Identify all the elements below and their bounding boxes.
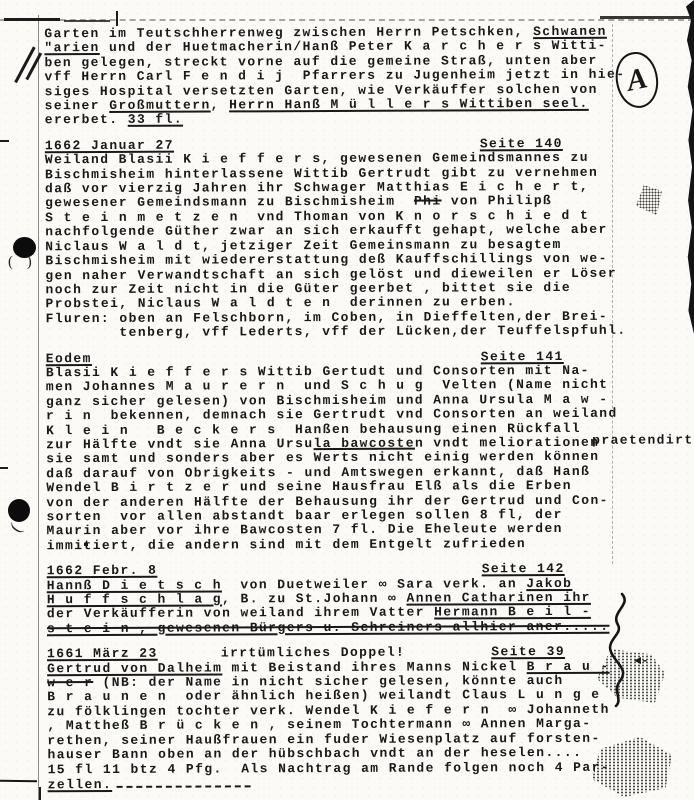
text-segment: seiner: [45, 98, 110, 113]
heading-date: Eodem: [46, 351, 92, 366]
text-segment: s t e i n , gewesenen Bürgers u. Schrein…: [47, 619, 610, 636]
document-block: EodemSeite 141Blasii K i e f f e r s Wit…: [46, 349, 613, 553]
text-segment: 33 fl.: [128, 112, 183, 127]
text-segment: von Philipß: [442, 193, 553, 208]
heading-date: 1662 Januar 27: [45, 138, 174, 154]
text-segment: einig werden können: [415, 449, 600, 465]
hole-punch-curve-mark: (: [6, 520, 26, 536]
text-segment: Annen Catharinen ihr: [406, 590, 591, 606]
noise-speckle: [636, 185, 662, 215]
text-segment: ererbet.: [45, 112, 128, 127]
tick-mark: [0, 140, 9, 142]
text-segment: H u f f s c h l a g: [47, 591, 222, 607]
text-segment: immitiert, die andern sind mit dem Entge…: [47, 536, 527, 553]
scanned-document-page: Garten im Teutschherrenweg zwischen Herr…: [0, 0, 694, 800]
text-segment: w e r: [47, 675, 93, 690]
text-line: ererbet. 33 fl.: [45, 111, 611, 128]
text-segment: Großmuttern: [109, 98, 211, 113]
top-edge-rule-mid: [64, 20, 110, 22]
top-edge-rule-right: [600, 16, 694, 19]
text-segment: Phi: [414, 194, 442, 209]
text-segment: Herrn Hanß M ü l l e r s Wittiben seel.: [229, 96, 589, 113]
text-line: tenberg, vff Lederts, vff der Lücken,der…: [46, 324, 612, 341]
text-segment: "arien: [44, 40, 99, 55]
text-segment: zellen.: [48, 777, 113, 792]
hole-punch-icon: [8, 499, 30, 522]
left-margin-rule: [38, 15, 39, 800]
text-segment: praetendirt: [592, 433, 693, 448]
text-line: immitiert, die andern sind mit dem Entge…: [47, 537, 613, 554]
heading-date: 1662 Febr. 8: [47, 563, 158, 578]
text-segment: Hannß D i e t s c h: [47, 577, 222, 593]
bottom-left-rule: [0, 780, 37, 783]
text-segment: Hermann B e i l -: [434, 604, 591, 620]
document-block: 1662 Januar 27Seite 140Weiland Blasii K …: [45, 137, 612, 341]
text-segment: Gertrud von Dalheim: [47, 660, 222, 676]
tick-mark: [0, 467, 8, 469]
text-segment: [116, 776, 250, 788]
hole-punch-note: ( ): [8, 254, 37, 271]
tick-mark: [116, 11, 118, 26]
heading-date: 1661 März 23: [47, 646, 158, 661]
top-edge-rule-left: [4, 18, 60, 21]
text-segment: Schwanen: [533, 24, 607, 39]
document-block: 1662 Febr. 8Seite 142Hannß D i e t s c h…: [47, 562, 613, 637]
document-block: 1661 März 23irrtümliches Doppel!Seite 39…: [47, 645, 614, 793]
document-body: Garten im Teutschherrenweg zwischen Herr…: [44, 25, 613, 800]
text-segment: ,: [211, 97, 230, 112]
text-segment: tenberg, vff Lederts, vff der Lücken,der…: [46, 323, 627, 341]
text-line: zellen.: [48, 775, 614, 793]
handwritten-check-mark: [16, 44, 47, 91]
document-block: Garten im Teutschherrenweg zwischen Herr…: [44, 25, 610, 128]
tick-mark: [39, 787, 41, 800]
page-edge-streak: [686, 0, 694, 334]
circled-letter: A: [624, 61, 651, 98]
circled-letter-annotation: A: [611, 48, 664, 112]
text-segment: , B. zu St.Johann ∞: [222, 591, 407, 607]
text-segment: Werts nicht: [314, 450, 416, 465]
text-line: s t e i n , gewesenen Bürgers u. Schrein…: [47, 620, 613, 637]
text-segment: Jakob: [526, 576, 572, 591]
